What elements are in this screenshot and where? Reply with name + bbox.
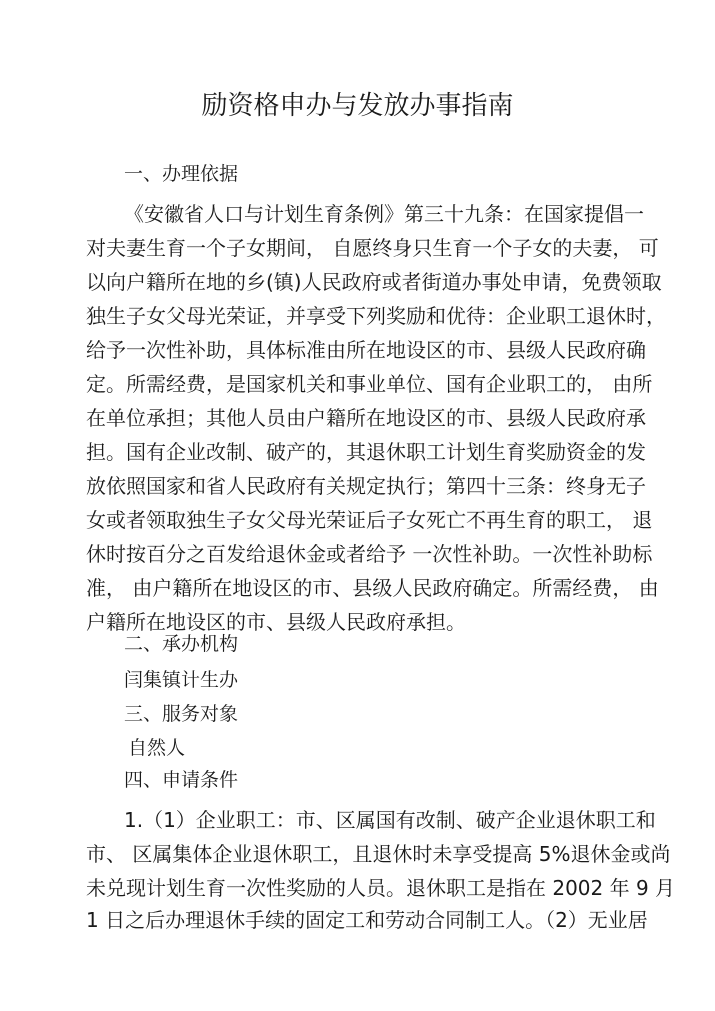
paragraph-line: 定。所需经费，是国家机关和事业单位、国有企业职工的， 由所 xyxy=(86,370,632,398)
section-heading-agency: 二、承办机构 xyxy=(124,630,238,658)
target-value: 自然人 xyxy=(128,734,185,762)
paragraph-line: 担。国有企业改制、破产的，其退休职工计划生育奖励资金的发 xyxy=(86,438,632,466)
paragraph-line: 市、 区属集体企业退休职工，且退休时未享受提高 5%退休金或尚 xyxy=(86,840,632,868)
paragraph-line: 给予一次性补助，具体标准由所在地设区的市、县级人民政府确 xyxy=(86,336,632,364)
paragraph-line: 准， 由户籍所在地设区的市、县级人民政府确定。所需经费， 由 xyxy=(86,574,632,602)
paragraph-line: 在单位承担；其他人员由户籍所在地设区的市、县级人民政府承 xyxy=(86,404,632,432)
paragraph-line: 放依照国家和省人民政府有关规定执行；第四十三条：终身无子 xyxy=(86,472,632,500)
paragraph-line: 休时按百分之百发给退休金或者给予 一次性补助。一次性补助标 xyxy=(86,540,632,568)
paragraph-line: 独生子女父母光荣证，并享受下列奖励和优待：企业职工退休时， xyxy=(86,302,632,330)
paragraph-line: 女或者领取独生子女父母光荣证后子女死亡不再生育的职工， 退 xyxy=(86,506,632,534)
document-page: 励资格申办与发放办事指南 一、办理依据 《安徽省人口与计划生育条例》第三十九条：… xyxy=(0,0,715,1011)
paragraph-line: 1 日之后办理退休手续的固定工和劳动合同制工人。（2）无业居 xyxy=(86,906,632,934)
section-heading-conditions: 四、申请条件 xyxy=(124,766,238,794)
paragraph-line: 《安徽省人口与计划生育条例》第三十九条：在国家提倡一 xyxy=(124,200,632,228)
agency-name: 闫集镇计生办 xyxy=(124,666,238,694)
paragraph-line: 未兑现计划生育一次性奖励的人员。退休职工是指在 2002 年 9 月 xyxy=(86,874,632,902)
paragraph-line: 1.（1）企业职工：市、区属国有改制、破产企业退休职工和 xyxy=(124,806,632,834)
section-heading-target: 三、服务对象 xyxy=(124,700,238,728)
paragraph-line: 以向户籍所在地的乡(镇)人民政府或者街道办事处申请，免费领取 xyxy=(86,268,632,296)
document-title: 励资格申办与发放办事指南 xyxy=(0,88,715,124)
paragraph-line: 对夫妻生育一个子女期间， 自愿终身只生育一个子女的夫妻， 可 xyxy=(86,234,632,262)
section-heading-basis: 一、办理依据 xyxy=(124,160,238,188)
